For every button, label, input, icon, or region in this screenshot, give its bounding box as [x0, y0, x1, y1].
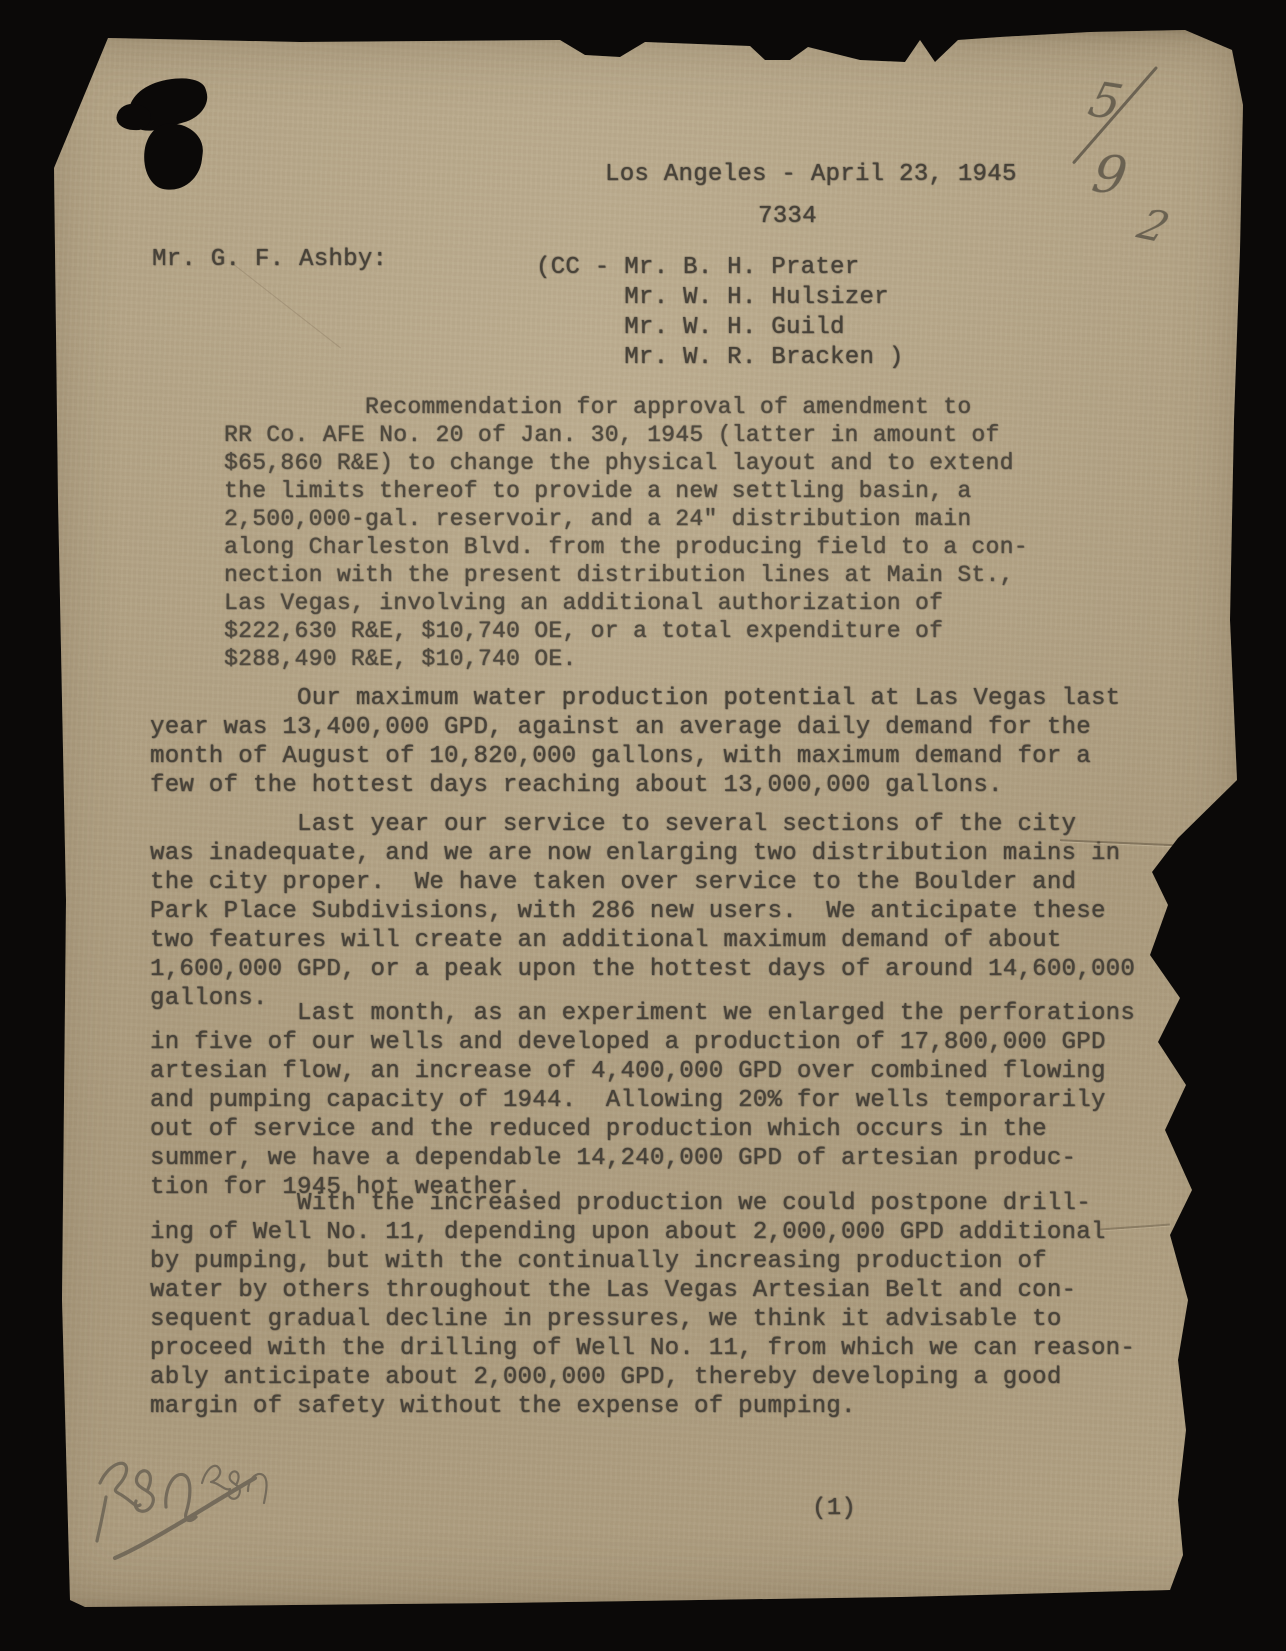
handwritten-fraction-denominator: 9 — [1088, 145, 1131, 208]
paper-crease-top-left — [234, 265, 341, 349]
punch-hole-bottom — [140, 121, 206, 194]
paragraph-service-demand: Last year our service to several section… — [150, 810, 1135, 1013]
date-line: Los Angeles - April 23, 1945 — [605, 160, 1017, 189]
page-number: (1) — [812, 1494, 856, 1523]
scan-background: Los Angeles - April 23, 1945 7334 Mr. G.… — [0, 0, 1286, 1651]
file-number: 7334 — [758, 202, 817, 231]
cc-list: (CC - Mr. B. H. Prater Mr. W. H. Hulsize… — [536, 253, 904, 373]
paragraph-well-experiment: Last month, as an experiment we enlarged… — [150, 999, 1135, 1202]
paragraph-well-11: With the increased production we could p… — [150, 1189, 1135, 1421]
handwritten-initials — [90, 1445, 330, 1605]
paragraph-production-potential: Our maximum water production potential a… — [150, 684, 1120, 800]
document-page: Los Angeles - April 23, 1945 7334 Mr. G.… — [40, 30, 1250, 1610]
addressee: Mr. G. F. Ashby: — [152, 245, 387, 274]
handwritten-flourish-mark: 2 — [1131, 201, 1176, 253]
paragraph-recommendation: Recommendation for approval of amendment… — [224, 393, 1028, 673]
